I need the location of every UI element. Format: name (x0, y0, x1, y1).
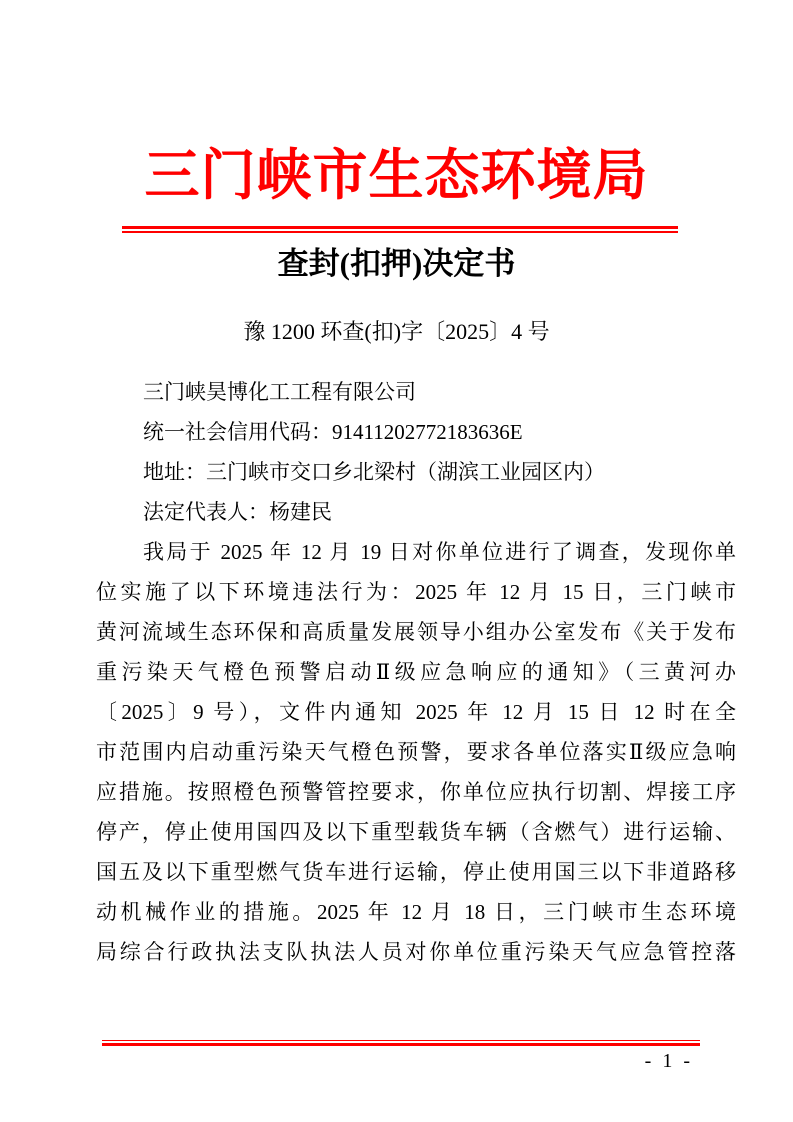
body-line: 局综合行政执法支队执法人员对你单位重污染天气应急管控落 (96, 932, 736, 972)
letterhead-divider-thin-line (122, 231, 678, 233)
body-line: 地址：三门峡市交口乡北梁村（湖滨工业园区内） (96, 452, 736, 492)
page-number: - 1 - (645, 1048, 693, 1074)
document-title: 查封(扣押)决定书 (0, 244, 793, 284)
document-body: 三门峡昊博化工工程有限公司统一社会信用代码：91411202772183636E… (96, 372, 736, 972)
body-line: 应措施。按照橙色预警管控要求，你单位应执行切割、焊接工序 (96, 772, 736, 812)
document-page: 三门峡市生态环境局 查封(扣押)决定书 豫 1200 环查(扣)字〔2025〕4… (0, 0, 793, 1122)
body-line: 黄河流域生态环保和高质量发展领导小组办公室发布《关于发布 (96, 612, 736, 652)
body-line: 〔2025〕9 号），文件内通知 2025 年 12 月 15 日 12 时在全 (96, 692, 736, 732)
footer-divider-thick-line (102, 1043, 700, 1046)
body-line: 我局于 2025 年 12 月 19 日对你单位进行了调查，发现你单 (96, 532, 736, 572)
body-line: 法定代表人：杨建民 (96, 492, 736, 532)
body-line: 停产，停止使用国四及以下重型载货车辆（含燃气）进行运输、 (96, 812, 736, 852)
body-line: 国五及以下重型燃气货车进行运输，停止使用国三以下非道路移 (96, 852, 736, 892)
body-line: 市范围内启动重污染天气橙色预警，要求各单位落实Ⅱ级应急响 (96, 732, 736, 772)
footer-divider (102, 1040, 700, 1046)
body-line: 动机械作业的措施。2025 年 12 月 18 日，三门峡市生态环境 (96, 892, 736, 932)
body-line: 重污染天气橙色预警启动Ⅱ级应急响应的通知》（三黄河办 (96, 652, 736, 692)
letterhead-agency-title: 三门峡市生态环境局 (0, 140, 793, 212)
document-reference-number: 豫 1200 环查(扣)字〔2025〕4 号 (0, 316, 793, 348)
body-line: 统一社会信用代码：91411202772183636E (96, 412, 736, 452)
body-line: 位实施了以下环境违法行为：2025 年 12 月 15 日，三门峡市 (96, 572, 736, 612)
body-line: 三门峡昊博化工工程有限公司 (96, 372, 736, 412)
letterhead-divider (122, 226, 678, 233)
